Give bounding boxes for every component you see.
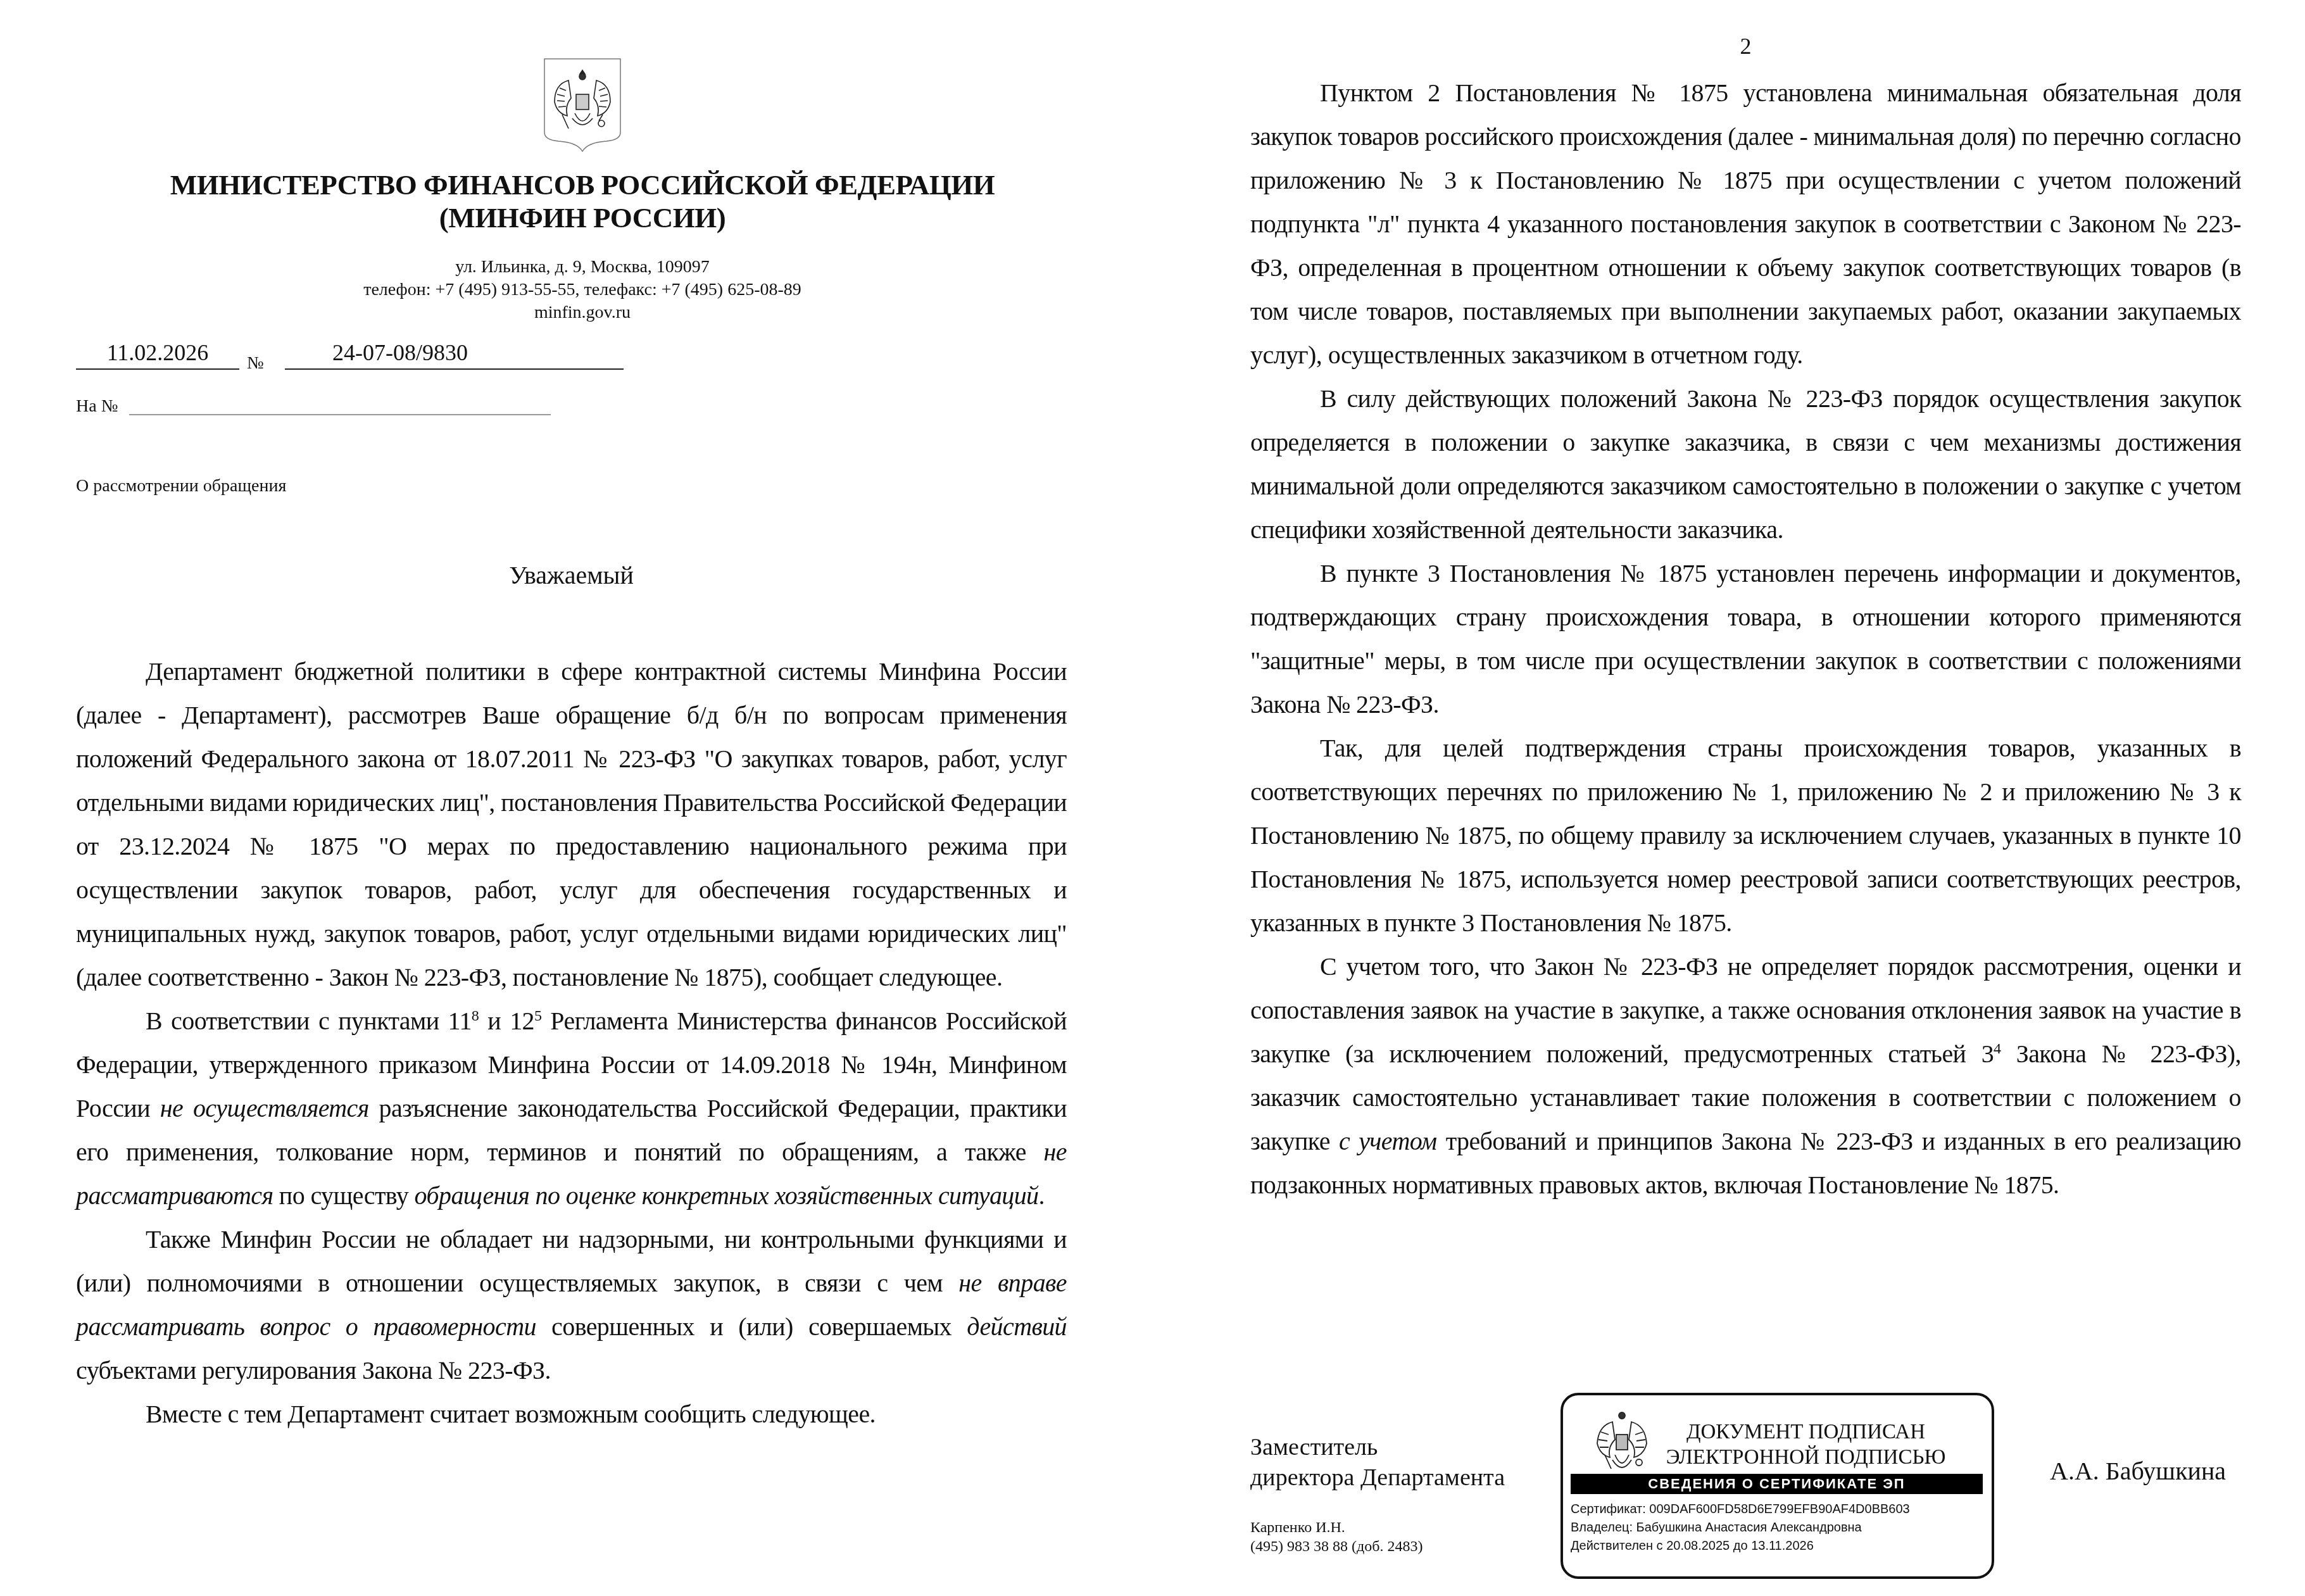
body-paragraph: Также Минфин России не обладает ни надзо… — [76, 1217, 1067, 1392]
body-paragraph: Вместе с тем Департамент считает возможн… — [76, 1392, 1067, 1436]
letter-page-1: МИНИСТЕРСТВО ФИНАНСОВ РОССИЙСКОЙ ФЕДЕРАЦ… — [0, 0, 1152, 1596]
superscript: 5 — [534, 1008, 541, 1024]
body-paragraph: Департамент бюджетной политики в сфере к… — [76, 650, 1067, 999]
stamp-heading-line2: ЭЛЕКТРОННОЙ ПОДПИСЬЮ — [1658, 1445, 1954, 1470]
number-sign: № — [247, 353, 264, 374]
ministry-name: МИНИСТЕРСТВО ФИНАНСОВ РОССИЙСКОЙ ФЕДЕРАЦ… — [76, 168, 1089, 201]
certificate-details: Сертификат: 009DAF600FD58D6E799EFB90AF4D… — [1571, 1500, 1910, 1555]
emphasis: с учетом — [1339, 1127, 1437, 1155]
text-run: и 12 — [479, 1007, 534, 1035]
text-run: Пунктом 2 Постановления № 1875 установле… — [1250, 79, 2241, 369]
reference-line: На № — [76, 393, 551, 418]
text-run: Департамент бюджетной политики в сфере к… — [76, 657, 1067, 991]
body-paragraph: В соответствии с пунктами 118 и 125 Регл… — [76, 999, 1067, 1217]
number-underline — [285, 368, 624, 370]
text-run: Вместе с тем Департамент считает возможн… — [146, 1400, 876, 1428]
superscript: 8 — [472, 1008, 479, 1024]
signer-name: А.А. Бабушкина — [2050, 1456, 2226, 1486]
letter-body-page-1: Департамент бюджетной политики в сфере к… — [76, 650, 1067, 1436]
text-run: по существу — [273, 1181, 414, 1210]
registration-line: 11.02.2026 № 24-07-08/9830 — [76, 339, 551, 370]
text-run: . — [1039, 1181, 1045, 1210]
certificate-info-bar: СВЕДЕНИЯ О СЕРТИФИКАТЕ ЭП — [1571, 1474, 1983, 1494]
text-run: субъектами регулирования Закона № 223-ФЗ… — [76, 1356, 551, 1385]
certificate-validity: Действителен с 20.08.2025 до 13.11.2026 — [1571, 1537, 1910, 1555]
body-paragraph: Пунктом 2 Постановления № 1875 установле… — [1250, 71, 2241, 377]
letter-body-page-2: Пунктом 2 Постановления № 1875 установле… — [1250, 71, 2241, 1207]
stamp-heading: ДОКУМЕНТ ПОДПИСАН ЭЛЕКТРОННОЙ ПОДПИСЬЮ — [1658, 1419, 1954, 1470]
coat-of-arms-icon — [543, 58, 622, 153]
text-run: В соответствии с пунктами 11 — [146, 1007, 472, 1035]
text-run: совершенных и (или) совершаемых — [536, 1312, 967, 1341]
registration-date: 11.02.2026 — [76, 339, 239, 366]
signer-position-line1: Заместитель — [1250, 1432, 1505, 1462]
registration-number: 24-07-08/9830 — [285, 339, 624, 366]
stamp-heading-line1: ДОКУМЕНТ ПОДПИСАН — [1658, 1419, 1954, 1445]
signer-position-line2: директора Департамента — [1250, 1462, 1505, 1493]
ministry-short-name: (МИНФИН РОССИИ) — [76, 201, 1089, 234]
body-paragraph: Так, для целей подтверждения страны прои… — [1250, 726, 2241, 945]
body-paragraph: В пункте 3 Постановления № 1875 установл… — [1250, 551, 2241, 726]
letter-subject: О рассмотрении обращения — [76, 476, 286, 496]
e-signature-stamp: ДОКУМЕНТ ПОДПИСАН ЭЛЕКТРОННОЙ ПОДПИСЬЮ С… — [1561, 1393, 1994, 1579]
ministry-title: МИНИСТЕРСТВО ФИНАНСОВ РОССИЙСКОЙ ФЕДЕРАЦ… — [76, 168, 1089, 234]
emphasis: действий — [967, 1312, 1067, 1341]
salutation: Уважаемый — [76, 560, 1067, 590]
emphasis: не осуществляется — [160, 1094, 369, 1122]
reference-label: На № — [76, 396, 118, 417]
reference-underline — [129, 414, 551, 415]
body-paragraph: В силу действующих положений Закона № 22… — [1250, 377, 2241, 551]
ministry-address: ул. Ильинка, д. 9, Москва, 109097 — [76, 256, 1089, 279]
certificate-owner: Владелец: Бабушкина Анастасия Александро… — [1571, 1519, 1910, 1537]
text-run: В пункте 3 Постановления № 1875 установл… — [1250, 559, 2241, 719]
text-run: Так, для целей подтверждения страны прои… — [1250, 734, 2241, 937]
executor-contact: Карпенко И.Н. (495) 983 38 88 (доб. 2483… — [1250, 1518, 1423, 1556]
text-run: В силу действующих положений Закона № 22… — [1250, 384, 2241, 544]
ministry-phones: телефон: +7 (495) 913-55-55, телефакс: +… — [76, 279, 1089, 301]
body-paragraph: С учетом того, что Закон № 223-ФЗ не опр… — [1250, 945, 2241, 1207]
page-number: 2 — [1250, 33, 2241, 60]
ministry-contacts: ул. Ильинка, д. 9, Москва, 109097 телефо… — [76, 256, 1089, 324]
coat-of-arms-icon — [1593, 1409, 1650, 1479]
executor-name: Карпенко И.Н. — [1250, 1518, 1423, 1537]
superscript: 4 — [1994, 1041, 2000, 1057]
text-run: Также Минфин России не обладает ни надзо… — [76, 1225, 1067, 1297]
letter-page-2: 2 Пунктом 2 Постановления № 1875 установ… — [1152, 0, 2305, 1596]
emphasis: обращения по оценке конкретных хозяйстве… — [415, 1181, 1039, 1210]
signer-position: Заместитель директора Департамента — [1250, 1432, 1505, 1493]
ministry-website: minfin.gov.ru — [76, 301, 1089, 324]
certificate-serial: Сертификат: 009DAF600FD58D6E799EFB90AF4D… — [1571, 1500, 1910, 1519]
executor-phone: (495) 983 38 88 (доб. 2483) — [1250, 1537, 1423, 1556]
date-underline — [76, 368, 239, 370]
